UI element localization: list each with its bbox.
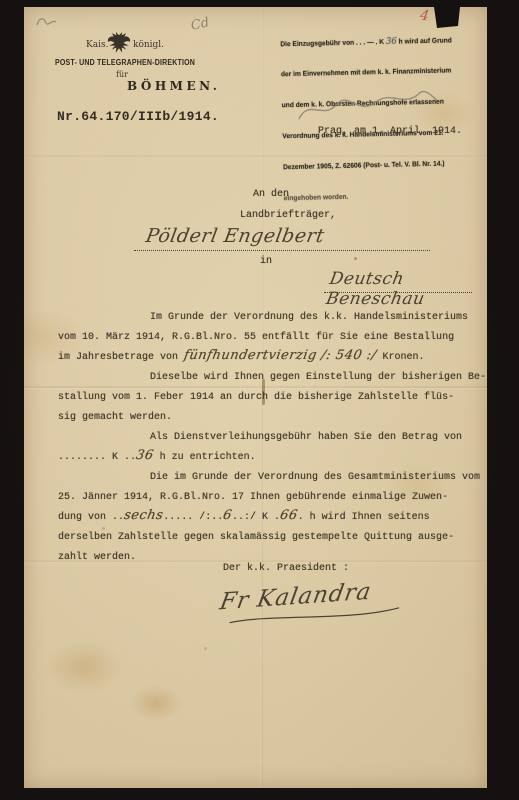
grant-kronen-handwritten: 6 [222, 511, 233, 521]
stamp-line1-post: h wird auf Grund [397, 37, 452, 45]
body-line: Die im Grunde der Verordnung des Gesamtm… [58, 468, 486, 488]
stamp-line1-pre: Die Einzugsgebühr von . . . — . K [280, 38, 386, 47]
president-signature: Fr Kalandra [219, 579, 372, 616]
body-line11-pre: dung von .. [58, 512, 124, 523]
body-line: dung von ..sechs..... /:..6..:/ K .66. h… [58, 508, 486, 528]
pencil-scribble-topleft [35, 15, 59, 29]
letterhead-koenigl: königl. [133, 40, 164, 50]
amount-in-words-handwritten: fünfhundertvierzig /: 540 :/ [183, 351, 377, 361]
reference-number: Nr.64.170/IIIb/1914. [57, 109, 219, 124]
body-line: Als Dienstverleihungsgebühr haben Sie de… [58, 428, 486, 448]
dotted-fill-line-name [134, 225, 430, 251]
body-line3-pre: im Jahresbetrage von [58, 352, 184, 363]
imperial-eagle-icon [106, 29, 132, 57]
foxing-speck [204, 647, 207, 650]
body-line: derselben Zahlstelle gegen skalamässig g… [58, 528, 486, 548]
body-line: Im Grunde der Verordnung des k.k. Handel… [58, 308, 486, 328]
stamp-line: der im Einvernehmen mit dem k. k. Finanz… [281, 66, 471, 81]
letter-paper: Cd Kais. königl. POST- UND TELEGRAPHEN-D… [24, 7, 487, 788]
letterhead-fuer: für [116, 70, 128, 79]
body-line8-post: h zu entrichten. [154, 452, 256, 463]
letterhead-region: BÖHMEN. [127, 79, 220, 93]
address-in: in [260, 256, 272, 267]
body-line: ........ K ..36 h zu entrichten. [58, 448, 486, 468]
foxing-speck [354, 257, 357, 260]
letter-body: Im Grunde der Verordnung des k.k. Handel… [58, 308, 486, 568]
address-role: Landbriefträger, [240, 210, 336, 221]
president-title: Der k.k. Praesident : [223, 563, 349, 574]
address-an-den: An den [253, 189, 289, 200]
fee-amount-handwritten: 36 [135, 451, 154, 461]
body-line3-post: Kronen. [376, 352, 424, 363]
dateline: Prag, am 1. April 1914. [318, 126, 462, 137]
body-line8-pre: ........ K .. [58, 452, 136, 463]
body-line11-mid2: ..:/ K . [232, 512, 280, 523]
stamp-handwritten-amount: 36 [386, 36, 397, 46]
grant-heller-handwritten: 66 [279, 511, 298, 521]
stamp-line: eingehoben worden. [284, 190, 474, 205]
letterhead-title: POST- UND TELEGRAPHEN-DIREKTION [55, 58, 194, 67]
pencil-mark-cd: Cd [190, 15, 211, 33]
body-line: im Jahresbetrage von fünfhundertvierzig … [58, 348, 486, 368]
dotted-fill-line-place [324, 269, 472, 293]
stamp-line: Dezember 1905, Z. 62606 (Post- u. Tel. V… [283, 159, 473, 174]
body-line11-post: . h wird Ihnen seitens [298, 512, 430, 523]
grant-words-handwritten: sechs [123, 511, 164, 521]
body-line: 25. Jänner 1914, R.G.Bl.Nro. 17 Ihnen ge… [58, 488, 486, 508]
body-line: stallung vom 1. Feber 1914 an durch die … [58, 388, 486, 408]
body-line11-mid1: ..... /:.. [163, 512, 223, 523]
body-line: vom 10. März 1914, R.G.Bl.Nro. 55 entfäl… [58, 328, 486, 348]
body-line: sig gemacht werden. [58, 408, 486, 428]
body-line: Dieselbe wird Ihnen gegen Einstellung de… [58, 368, 486, 388]
stamp-line: Die Einzugsgebühr von . . . — . K 36 h w… [280, 35, 470, 51]
photo-background: { "colors": { "background": "#141110", "… [0, 0, 519, 800]
